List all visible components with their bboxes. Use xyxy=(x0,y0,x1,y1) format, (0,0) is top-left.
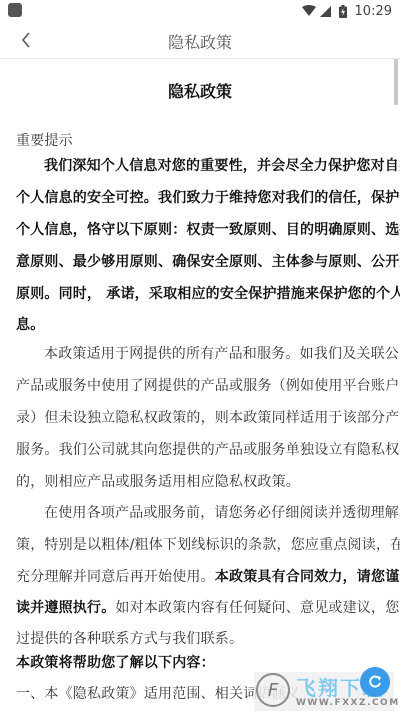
paragraph-line: 产品或服务中使用了网提供的产品或服务（例如使用平台账户登 xyxy=(16,377,384,395)
paragraph-line: 在使用各项产品或服务前，请您务必仔细阅读并透彻理解本政 xyxy=(44,504,384,522)
normal-text: 充分理解并同意后再开始使用。 xyxy=(16,569,215,585)
policy-content[interactable]: 隐私政策 重要提示 我们深知个人信息对您的重要性，并会尽全力保护您对自身的 个人… xyxy=(0,59,400,711)
paragraph-line: 个人信息的安全可控。我们致力于维持您对我们的信任，保护您的 xyxy=(16,189,384,207)
paragraph-line: 个人信息，恪守以下原则：权责一致原则、目的明确原则、选择同 xyxy=(16,221,384,239)
wifi-icon xyxy=(302,5,316,17)
paragraph-line: 意原则、最少够用原则、确保安全原则、主体参与原则、公开透明 xyxy=(16,253,384,271)
battery-charging-icon xyxy=(339,5,347,18)
nav-bar: 隐私政策 xyxy=(0,22,400,59)
paragraph-line: 原则。同时， 承诺，采取相应的安全保护措施来保护您的个人信 xyxy=(16,285,384,303)
notification-icon xyxy=(8,3,22,17)
paragraph-line: 的，则相应产品或服务适用相应隐私权政策。 xyxy=(16,473,384,491)
normal-text: 如对本政策内容有任何疑问、意见或建议，您可通 xyxy=(115,600,400,616)
toc-heading: 本政策将帮助您了解以下内容： xyxy=(16,654,384,672)
paragraph-line: 过提供的各种联系方式与我们联系。 xyxy=(16,630,384,648)
refresh-button[interactable] xyxy=(360,667,390,697)
paragraph-line: 息。 xyxy=(16,316,384,334)
paragraph-line: 录）但未设独立隐私权政策的，则本政策同样适用于该部分产品或 xyxy=(16,409,384,427)
status-time: 10:29 xyxy=(355,4,392,19)
scrollbar[interactable] xyxy=(394,59,398,105)
bold-text: 本政策具有合同效力，请您谨慎阅 xyxy=(215,569,400,585)
document-title: 隐私政策 xyxy=(0,79,400,102)
paragraph-line: 策，特别是以粗体/粗体下划线标识的条款，您应重点阅读，在确认 xyxy=(16,536,384,554)
paragraph-line: 我们深知个人信息对您的重要性，并会尽全力保护您对自身的 xyxy=(44,157,384,175)
signal-icon xyxy=(320,6,331,17)
paragraph-line: 充分理解并同意后再开始使用。本政策具有合同效力，请您谨慎阅 xyxy=(16,568,384,586)
paragraph-line: 本政策适用于网提供的所有产品和服务。如我们及关联公司的 xyxy=(44,345,384,363)
page-title: 隐私政策 xyxy=(0,30,400,53)
status-bar: 10:29 xyxy=(0,0,400,22)
section-label: 重要提示 xyxy=(16,132,384,150)
refresh-icon xyxy=(367,674,383,690)
watermark-logo-icon: F xyxy=(256,673,290,707)
watermark-url: WWW.FXXZ.COM xyxy=(296,698,400,708)
paragraph-line: 服务。我们公司就其向您提供的产品或服务单独设立有隐私权政策 xyxy=(16,441,384,459)
paragraph-line: 读并遵照执行。如对本政策内容有任何疑问、意见或建议，您可通 xyxy=(16,599,384,617)
bold-text: 读并遵照执行。 xyxy=(16,600,115,616)
status-indicators: 10:29 xyxy=(302,2,392,20)
